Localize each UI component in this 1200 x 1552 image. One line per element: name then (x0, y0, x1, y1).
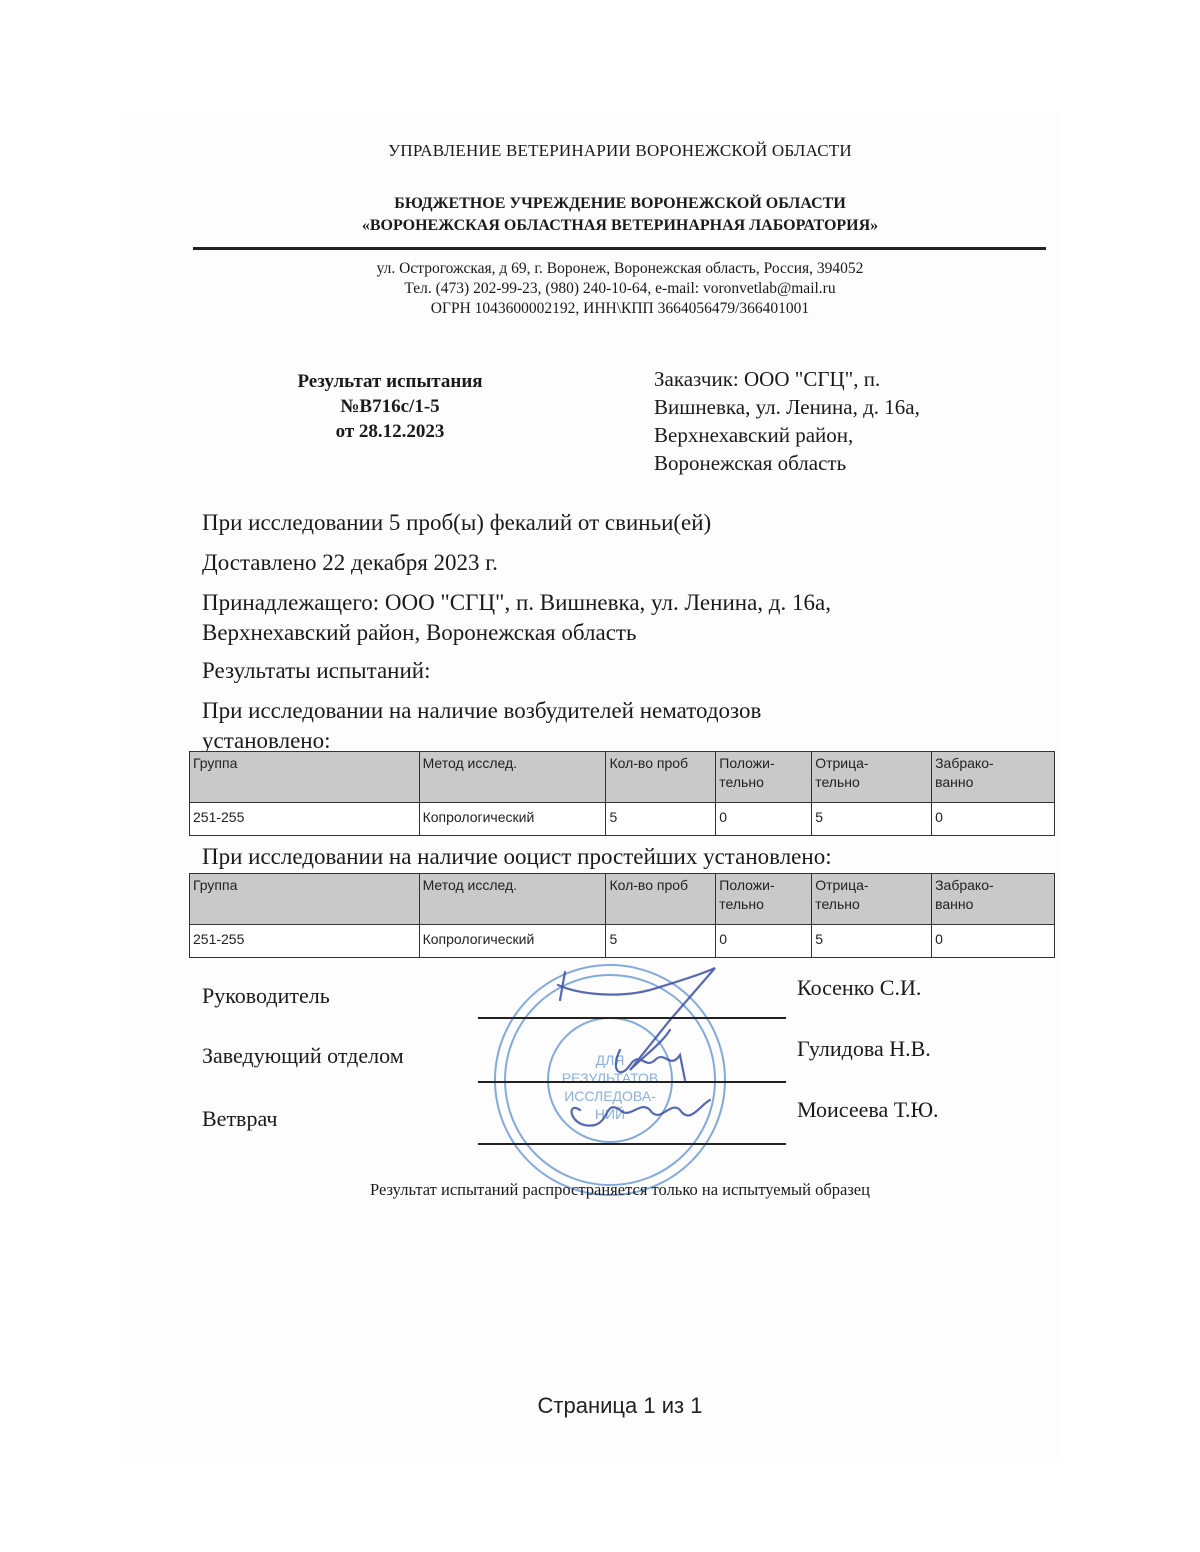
signature-name-director: Косенко С.И. (797, 975, 921, 1001)
customer-line-3: Верхнехавский район, (654, 421, 1034, 449)
cell-positive: 0 (716, 925, 812, 958)
cell-rejected: 0 (932, 925, 1055, 958)
signature-name-head: Гулидова Н.В. (797, 1036, 931, 1062)
page-number: Страница 1 из 1 (0, 1393, 1200, 1419)
signature-line-director (478, 1017, 786, 1019)
cell-count: 5 (606, 925, 716, 958)
cell-group: 251-255 (190, 803, 420, 836)
signature-name-vet: Моисеева Т.Ю. (797, 1097, 939, 1123)
organization-line-2: «ВОРОНЕЖСКАЯ ОБЛАСТНАЯ ВЕТЕРИНАРНАЯ ЛАБО… (0, 215, 1200, 237)
organization-contacts: ул. Острогожская, д 69, г. Воронеж, Воро… (0, 259, 1200, 319)
col-rejected: Забрако- ванно (932, 752, 1055, 803)
cell-positive: 0 (716, 803, 812, 836)
col-rejected: Забрако- ванно (932, 874, 1055, 925)
validity-note: Результат испытаний распространяется тол… (0, 1180, 1200, 1200)
table-header-row: Группа Метод исслед. Кол-во проб Положи-… (190, 752, 1055, 803)
signature-role-head: Заведующий отделом (202, 1043, 404, 1069)
samples-text: При исследовании 5 проб(ы) фекалий от св… (202, 510, 711, 536)
delivered-text: Доставлено 22 декабря 2023 г. (202, 550, 498, 576)
col-count: Кол-во проб (606, 874, 716, 925)
cell-negative: 5 (812, 925, 932, 958)
organization-name: БЮДЖЕТНОЕ УЧРЕЖДЕНИЕ ВОРОНЕЖСКОЙ ОБЛАСТИ… (0, 193, 1200, 237)
customer-line-4: Воронежская область (654, 449, 1034, 477)
col-count: Кол-во проб (606, 752, 716, 803)
registration-line: ОГРН 1043600002192, ИНН\КПП 3664056479/3… (0, 299, 1200, 319)
col-negative: Отрица- тельно (812, 874, 932, 925)
owner-line-2: Верхнехавский район, Воронежская область (202, 620, 636, 646)
document-date: от 28.12.2023 (250, 419, 530, 444)
table-header-row: Группа Метод исслед. Кол-во проб Положи-… (190, 874, 1055, 925)
cell-method: Копрологический (419, 925, 606, 958)
address-line: ул. Острогожская, д 69, г. Воронеж, Воро… (0, 259, 1200, 279)
col-positive: Положи- тельно (716, 874, 812, 925)
col-positive: Положи- тельно (716, 752, 812, 803)
customer-block: Заказчик: ООО "СГЦ", п. Вишневка, ул. Ле… (654, 365, 1034, 477)
signature-role-vet: Ветврач (202, 1106, 277, 1132)
cell-group: 251-255 (190, 925, 420, 958)
cell-negative: 5 (812, 803, 932, 836)
section2-heading: При исследовании на наличие ооцист прост… (202, 844, 832, 870)
owner-line-1: Принадлежащего: ООО "СГЦ", п. Вишневка, … (202, 590, 831, 616)
title-text: Результат испытания (250, 369, 530, 394)
organization-line-1: БЮДЖЕТНОЕ УЧРЕЖДЕНИЕ ВОРОНЕЖСКОЙ ОБЛАСТИ (0, 193, 1200, 215)
document-title: Результат испытания №В716с/1-5 от 28.12.… (250, 369, 530, 444)
col-method: Метод исслед. (419, 752, 606, 803)
contacts-line: Тел. (473) 202-99-23, (980) 240-10-64, e… (0, 279, 1200, 299)
cell-count: 5 (606, 803, 716, 836)
results-heading: Результаты испытаний: (202, 658, 431, 684)
table-row: 251-255 Копрологический 5 0 5 0 (190, 925, 1055, 958)
cell-rejected: 0 (932, 803, 1055, 836)
cell-method: Копрологический (419, 803, 606, 836)
col-method: Метод исслед. (419, 874, 606, 925)
ministry-header: УПРАВЛЕНИЕ ВЕТЕРИНАРИИ ВОРОНЕЖСКОЙ ОБЛАС… (0, 141, 1200, 161)
col-group: Группа (190, 874, 420, 925)
signature-role-director: Руководитель (202, 983, 330, 1009)
table-row: 251-255 Копрологический 5 0 5 0 (190, 803, 1055, 836)
document-number: №В716с/1-5 (250, 394, 530, 419)
nematode-results-table: Группа Метод исслед. Кол-во проб Положи-… (189, 751, 1055, 836)
customer-line-2: Вишневка, ул. Ленина, д. 16а, (654, 393, 1034, 421)
oocyst-results-table: Группа Метод исслед. Кол-во проб Положи-… (189, 873, 1055, 958)
section1-heading-1: При исследовании на наличие возбудителей… (202, 698, 761, 724)
signature-line-head (478, 1081, 786, 1083)
header-divider (193, 247, 1046, 250)
col-negative: Отрица- тельно (812, 752, 932, 803)
customer-line-1: Заказчик: ООО "СГЦ", п. (654, 365, 1034, 393)
col-group: Группа (190, 752, 420, 803)
signature-line-vet (478, 1143, 786, 1145)
